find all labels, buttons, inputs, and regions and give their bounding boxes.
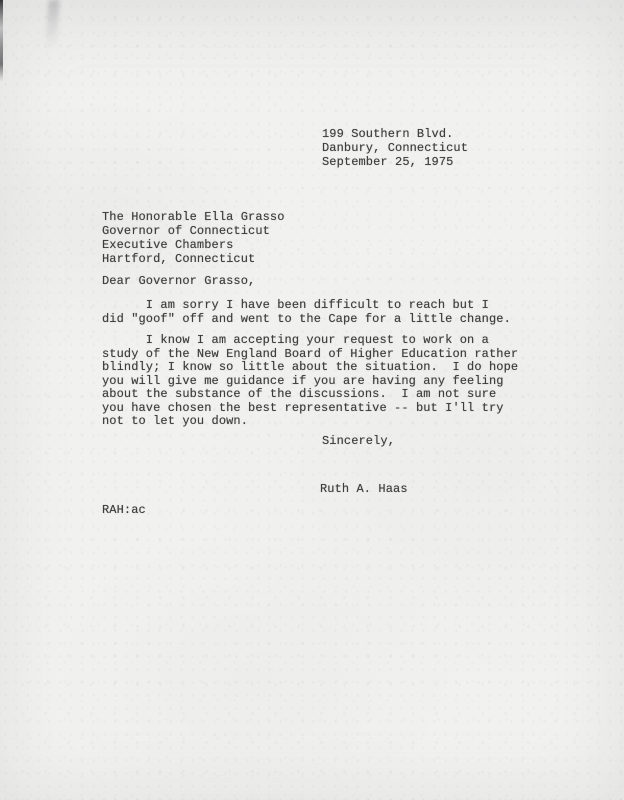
body-paragraph-1: I am sorry I have been difficult to reac…	[102, 299, 511, 326]
recipient-address-block: The Honorable Ella Grasso Governor of Co…	[102, 210, 285, 266]
salutation-line: Dear Governor Grasso,	[102, 274, 255, 288]
scanned-letter-page: 199 Southern Blvd. Danbury, Connecticut …	[0, 0, 624, 800]
signature-name: Ruth A. Haas	[320, 482, 408, 496]
closing-line: Sincerely,	[322, 434, 395, 448]
typist-initials: RAH:ac	[102, 503, 146, 517]
body-paragraph-2: I know I am accepting your request to wo…	[102, 334, 518, 429]
scan-edge-artifact	[0, 0, 3, 82]
return-address-block: 199 Southern Blvd. Danbury, Connecticut …	[322, 127, 468, 169]
paper-crease-artifact	[45, 0, 59, 48]
